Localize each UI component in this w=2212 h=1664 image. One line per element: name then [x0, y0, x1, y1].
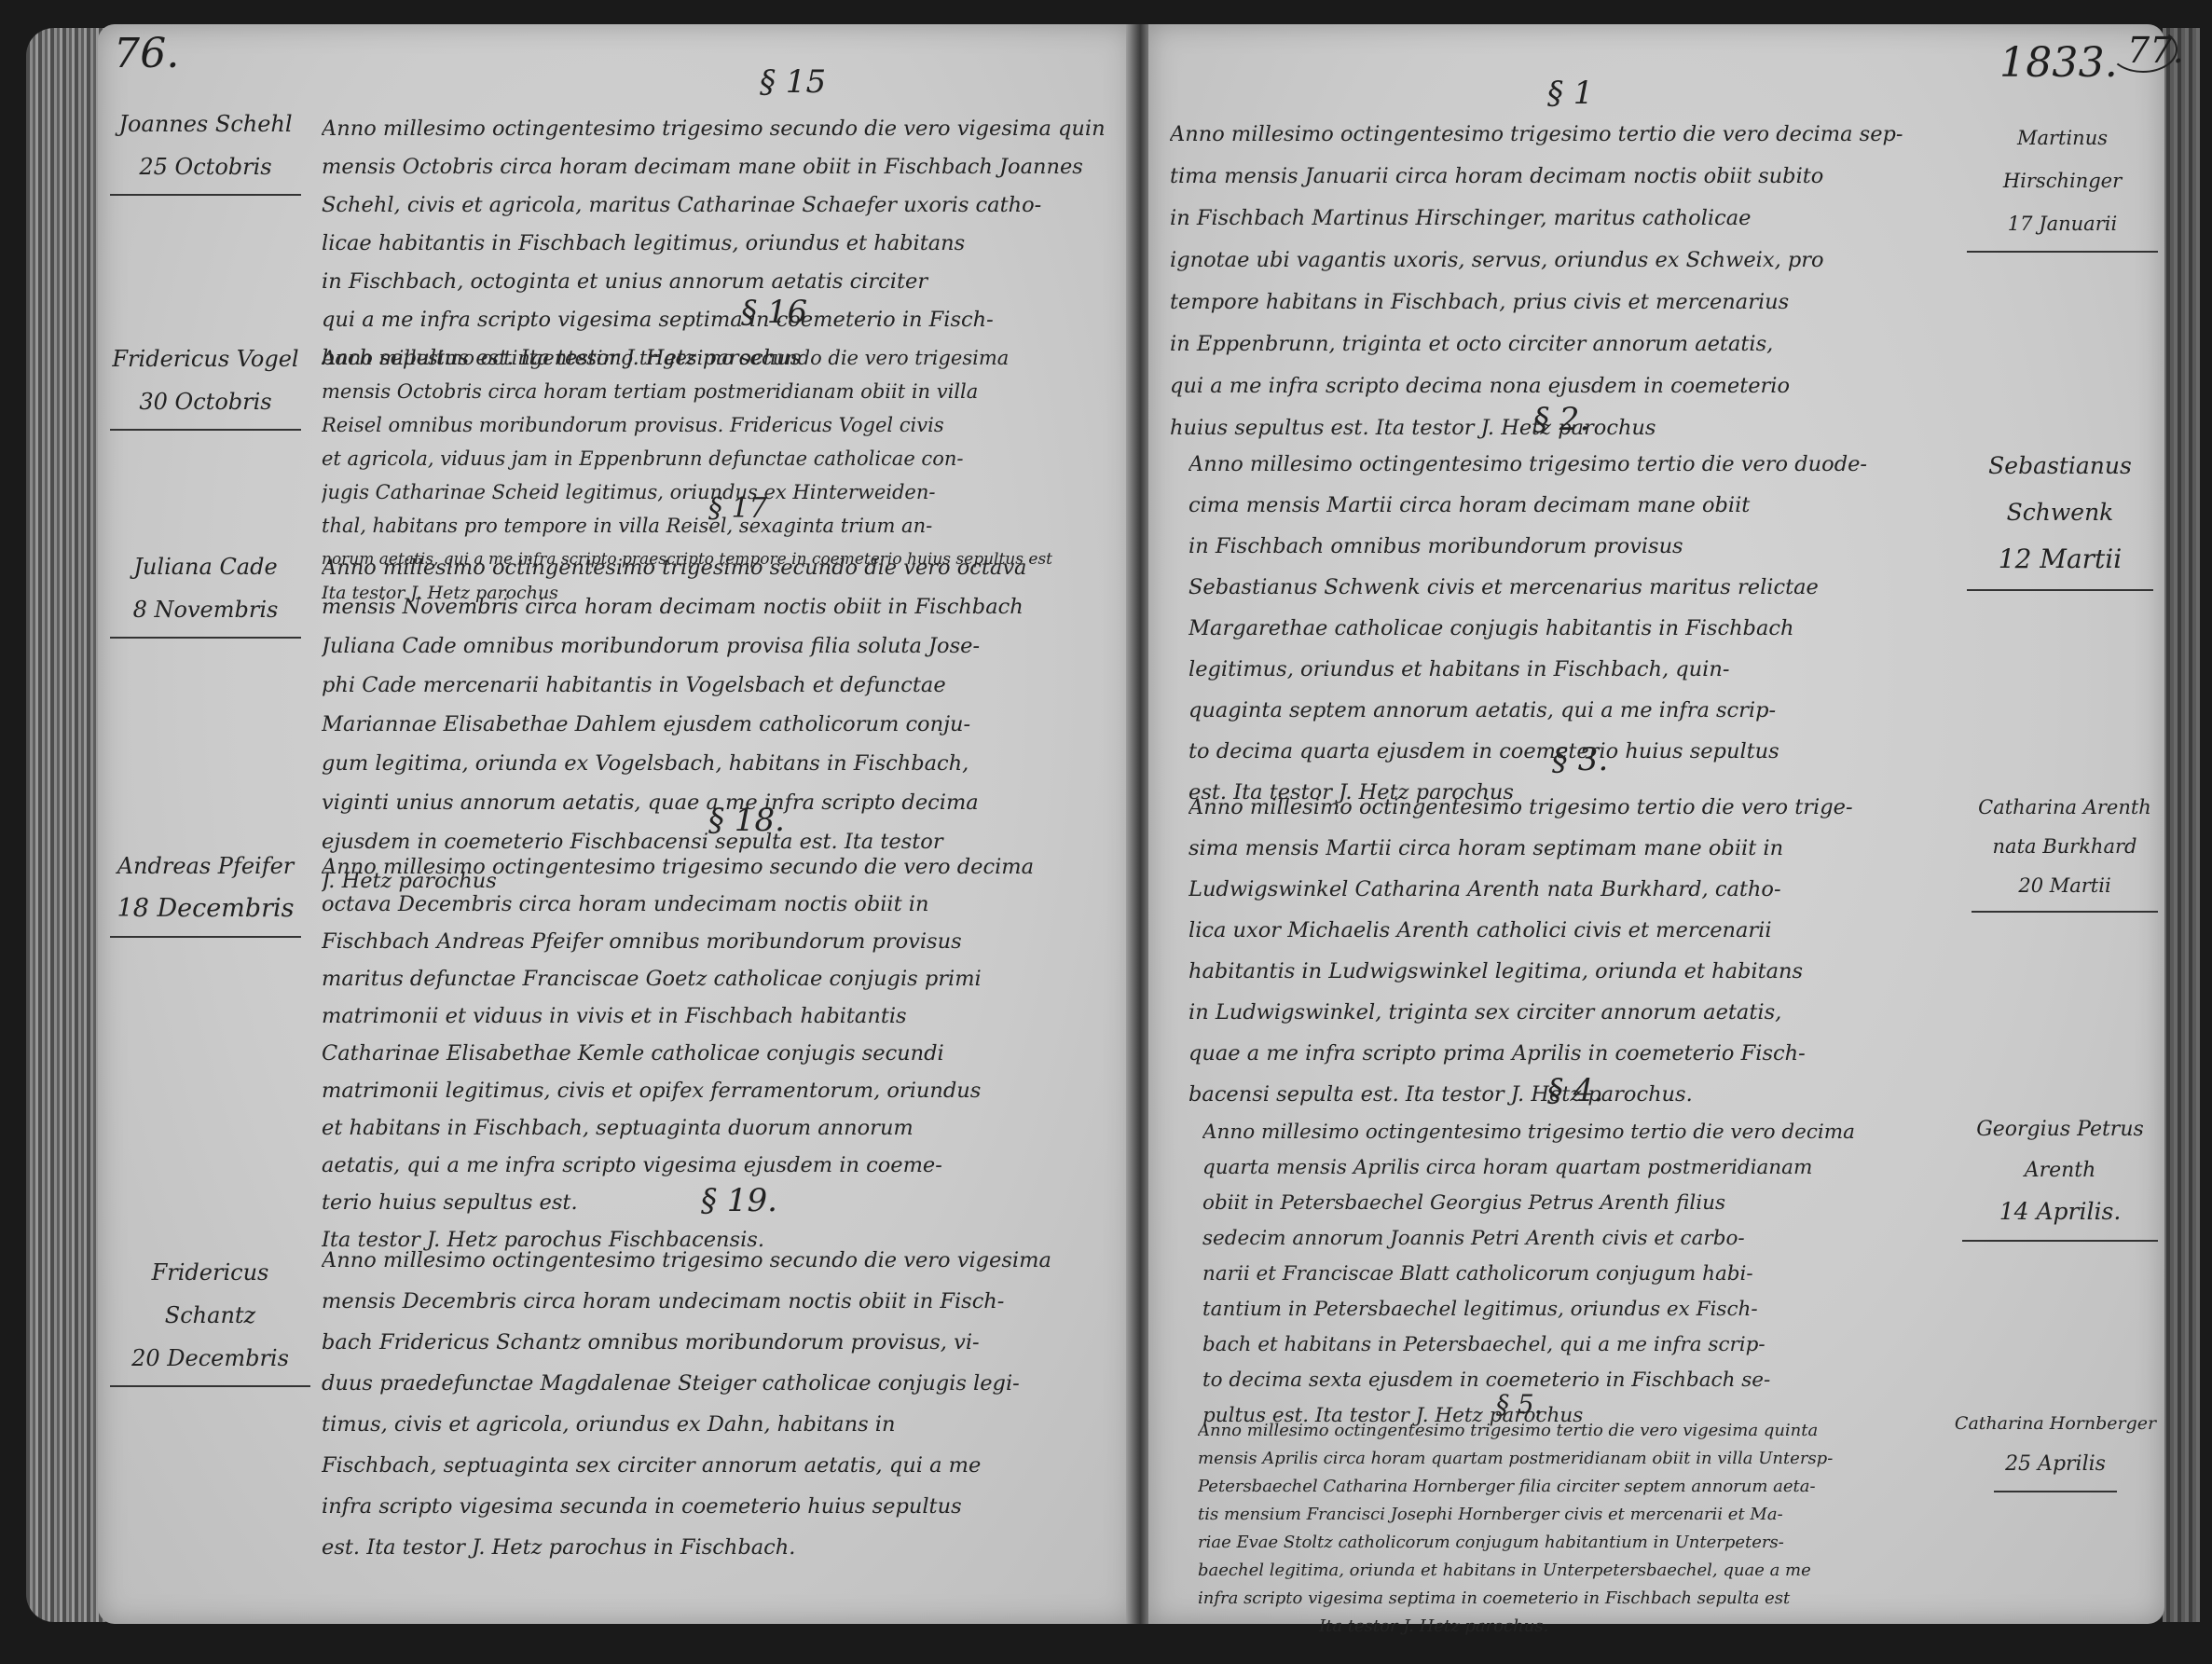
entry-line: ignotae ubi vagantis uxoris, servus, ori…: [1170, 240, 1944, 282]
margin-deceased: Fridericus Vogel 30 Octobris: [110, 337, 301, 431]
margin-name: Georgius Petrus: [1976, 1118, 2144, 1141]
margin-name-2: Arenth: [2025, 1159, 2096, 1182]
entry-line: infra scripto vigesima septima in coemet…: [1198, 1585, 1953, 1613]
section-heading: § 1: [1547, 75, 1593, 112]
entry-line: matrimonii et viduus in vivis et in Fisc…: [322, 997, 1105, 1035]
entry-line: tantium in Petersbaechel legitimus, oriu…: [1202, 1292, 1948, 1327]
entry-line: Anno millesimo octingentesimo trigesimo …: [322, 110, 1105, 148]
entry-line: Fischbach, septuaginta sex circiter anno…: [322, 1445, 1105, 1486]
entry-line: gum legitima, oriunda ex Vogelsbach, hab…: [322, 744, 1105, 783]
register-entry: Anno millesimo octingentesimo trigesimo …: [322, 1240, 1105, 1568]
entry-line: matrimonii legitimus, civis et opifex fe…: [322, 1072, 1105, 1109]
margin-deceased: Fridericus Schantz 20 Decembris: [110, 1251, 310, 1387]
entry-line: riae Evae Stoltz catholicorum conjugum h…: [1198, 1529, 1953, 1557]
underline-rule: [1994, 1491, 2117, 1492]
entry-line: in Fischbach omnibus moribundorum provis…: [1188, 526, 1944, 567]
register-entry: Anno millesimo octingentesimo trigesimo …: [1188, 787, 1944, 1115]
entry-line: in Eppenbrunn, triginta et octo circiter…: [1170, 323, 1944, 365]
margin-date: 17 Januarii: [2008, 213, 2117, 235]
entry-line: duus praedefunctae Magdalenae Steiger ca…: [322, 1363, 1105, 1404]
entry-line: in Fischbach Martinus Hirschinger, marit…: [1170, 198, 1944, 240]
margin-name: Martinus Hirschinger: [2003, 127, 2122, 192]
entry-line: tis mensium Francisci Josephi Hornberger…: [1198, 1501, 1953, 1529]
margin-deceased: Juliana Cade 8 Novembris: [110, 545, 301, 639]
section-heading: § 3.: [1552, 741, 1608, 778]
entry-line: Anno millesimo octingentesimo trigesimo …: [322, 848, 1105, 886]
margin-deceased: Martinus Hirschinger 17 Januarii: [1967, 117, 2158, 253]
page-stack-right: [2163, 28, 2200, 1622]
entry-line: quaginta septem annorum aetatis, qui a m…: [1188, 690, 1944, 731]
entry-line: et habitans in Fischbach, septuaginta du…: [322, 1109, 1105, 1147]
entry-line: Anno millesimo octingentesimo trigesimo …: [322, 341, 1105, 375]
entry-line: licae habitantis in Fischbach legitimus,…: [322, 225, 1105, 263]
entry-line: Anno millesimo octingentesimo trigesimo …: [1198, 1417, 1953, 1445]
margin-deceased: Georgius Petrus Arenth 14 Aprilis.: [1962, 1109, 2158, 1242]
entry-line: sima mensis Martii circa horam septimam …: [1188, 828, 1944, 869]
underline-rule: [110, 1385, 310, 1387]
section-heading: § 4.: [1547, 1072, 1603, 1109]
entry-line: Anno millesimo octingentesimo trigesimo …: [1188, 444, 1944, 485]
register-entry: Anno millesimo octingentesimo trigesimo …: [322, 110, 1105, 378]
margin-date: 25 Aprilis: [2005, 1452, 2106, 1476]
margin-date: 20 Martii: [2018, 874, 2110, 897]
margin-date: 30 Octobris: [139, 389, 271, 415]
entry-line: Mariannae Elisabethae Dahlem ejusdem cat…: [322, 705, 1105, 744]
section-heading: § 16: [741, 294, 807, 331]
register-spread: 76. 1833. 77. § 15 Joannes Schehl 25 Oct…: [0, 0, 2212, 1664]
section-heading: § 17: [708, 492, 767, 525]
entry-line: in Fischbach, octoginta et unius annorum…: [322, 263, 1105, 301]
entry-line: et agricola, viduus jam in Eppenbrunn de…: [322, 442, 1105, 475]
underline-rule: [110, 637, 301, 639]
margin-deceased: Joannes Schehl 25 Octobris: [110, 103, 301, 196]
section-heading: § 2.: [1533, 401, 1589, 438]
margin-name: Fridericus Vogel: [112, 346, 298, 372]
entry-line: mensis Novembris circa horam decimam noc…: [322, 587, 1105, 626]
entry-line: Ita testor J. Hetz parochus.: [1198, 1613, 1953, 1641]
entry-line: habitantis in Ludwigswinkel legitima, or…: [1188, 951, 1944, 992]
margin-name: Sebastianus Schwenk: [1988, 452, 2132, 526]
margin-name: Joannes Schehl: [118, 111, 292, 137]
margin-date: 20 Decembris: [131, 1345, 289, 1371]
entry-line: Anno millesimo octingentesimo trigesimo …: [1188, 787, 1944, 828]
section-heading: § 15: [760, 63, 826, 101]
entry-line: narii et Franciscae Blatt catholicorum c…: [1202, 1257, 1948, 1292]
entry-line: Anno millesimo octingentesimo trigesimo …: [1170, 114, 1944, 156]
entry-line: mensis Decembris circa horam undecimam n…: [322, 1281, 1105, 1322]
entry-line: qui a me infra scripto vigesima septima …: [322, 301, 1105, 339]
entry-line: phi Cade mercenarii habitantis in Vogels…: [322, 666, 1105, 705]
underline-rule: [1967, 251, 2158, 253]
entry-line: octava Decembris circa horam undecimam n…: [322, 886, 1105, 923]
margin-name: Catharina Hornberger: [1955, 1413, 2156, 1434]
entry-line: tempore habitans in Fischbach, prius civ…: [1170, 282, 1944, 323]
margin-name: Fridericus Schantz: [152, 1259, 269, 1328]
margin-deceased: Andreas Pfeifer 18 Decembris: [110, 845, 301, 938]
entry-line: Fischbach Andreas Pfeifer omnibus moribu…: [322, 923, 1105, 960]
register-entry: Anno millesimo octingentesimo trigesimo …: [1202, 1115, 1948, 1434]
entry-line: bach et habitans in Petersbaechel, qui a…: [1202, 1327, 1948, 1363]
entry-line: Petersbaechel Catharina Hornberger filia…: [1198, 1473, 1953, 1501]
margin-date: 8 Novembris: [133, 597, 279, 623]
register-entry: Anno millesimo octingentesimo trigesimo …: [1170, 114, 1944, 449]
margin-name: Juliana Cade: [133, 554, 277, 580]
entry-line: quae a me infra scripto prima Aprilis in…: [1188, 1033, 1944, 1074]
entry-line: infra scripto vigesima secunda in coemet…: [322, 1486, 1105, 1527]
underline-rule: [1962, 1240, 2158, 1242]
margin-name-2: nata Burkhard: [1993, 835, 2137, 858]
entry-line: tima mensis Januarii circa horam decimam…: [1170, 156, 1944, 198]
margin-date: 25 Octobris: [139, 154, 271, 180]
margin-deceased: Catharina Hornberger 25 Aprilis: [1953, 1403, 2158, 1492]
underline-rule: [110, 936, 301, 938]
entry-line: Catharinae Elisabethae Kemle catholicae …: [322, 1035, 1105, 1072]
entry-line: mensis Octobris circa horam tertiam post…: [322, 375, 1105, 408]
entry-line: aetatis, qui a me infra scripto vigesima…: [322, 1147, 1105, 1184]
page-number-circle: [2109, 26, 2178, 73]
entry-line: baechel legitima, oriunda et habitans in…: [1198, 1557, 1953, 1585]
entry-line: cima mensis Martii circa horam decimam m…: [1188, 485, 1944, 526]
margin-deceased: Catharina Arenth nata Burkhard 20 Martii: [1972, 788, 2158, 913]
entry-line: Reisel omnibus moribundorum provisus. Fr…: [322, 408, 1105, 442]
left-page-number: 76.: [114, 30, 180, 77]
section-heading: § 18.: [708, 802, 785, 839]
margin-date: 14 Aprilis.: [1999, 1198, 2122, 1225]
entry-line: Anno millesimo octingentesimo trigesimo …: [1202, 1115, 1948, 1150]
entry-line: Anno millesimo octingentesimo trigesimo …: [322, 1240, 1105, 1281]
entry-line: quarta mensis Aprilis circa horam quarta…: [1202, 1150, 1948, 1186]
underline-rule: [110, 194, 301, 196]
register-entry: Anno millesimo octingentesimo trigesimo …: [1198, 1417, 1953, 1641]
entry-line: Juliana Cade omnibus moribundorum provis…: [322, 626, 1105, 666]
entry-line: Ludwigswinkel Catharina Arenth nata Burk…: [1188, 869, 1944, 910]
underline-rule: [110, 429, 301, 431]
register-year: 1833.: [1999, 39, 2118, 87]
entry-line: Anno millesimo octingentesimo trigesimo …: [322, 548, 1105, 587]
underline-rule: [1967, 589, 2153, 591]
entry-line: sedecim annorum Joannis Petri Arenth civ…: [1202, 1221, 1948, 1257]
entry-line: to decima sexta ejusdem in coemeterio in…: [1202, 1363, 1948, 1398]
margin-name: Andreas Pfeifer: [117, 853, 295, 879]
entry-line: Margarethae catholicae conjugis habitant…: [1188, 608, 1944, 649]
entry-line: mensis Aprilis circa horam quartam postm…: [1198, 1445, 1953, 1473]
entry-line: timus, civis et agricola, oriundus ex Da…: [322, 1404, 1105, 1445]
section-heading: § 5.: [1496, 1389, 1543, 1420]
entry-line: bach Fridericus Schantz omnibus moribund…: [322, 1322, 1105, 1363]
entry-line: in Ludwigswinkel, triginta sex circiter …: [1188, 992, 1944, 1033]
entry-line: mensis Octobris circa horam decimam mane…: [322, 148, 1105, 186]
margin-name: Catharina Arenth: [1978, 796, 2151, 818]
entry-line: legitimus, oriundus et habitans in Fisch…: [1188, 649, 1944, 690]
entry-line: Schehl, civis et agricola, maritus Catha…: [322, 186, 1105, 225]
entry-line: lica uxor Michaelis Arenth catholici civ…: [1188, 910, 1944, 951]
margin-deceased: Sebastianus Schwenk 12 Martii: [1967, 443, 2153, 591]
entry-line: est. Ita testor J. Hetz parochus in Fisc…: [322, 1527, 1105, 1568]
section-heading: § 19.: [701, 1182, 777, 1219]
margin-date: 12 Martii: [1999, 543, 2122, 574]
margin-date: 18 Decembris: [117, 894, 295, 923]
entry-line: Sebastianus Schwenk civis et mercenarius…: [1188, 567, 1944, 608]
entry-line: obiit in Petersbaechel Georgius Petrus A…: [1202, 1186, 1948, 1221]
underline-rule: [1972, 911, 2158, 913]
entry-line: maritus defunctae Franciscae Goetz catho…: [322, 960, 1105, 997]
